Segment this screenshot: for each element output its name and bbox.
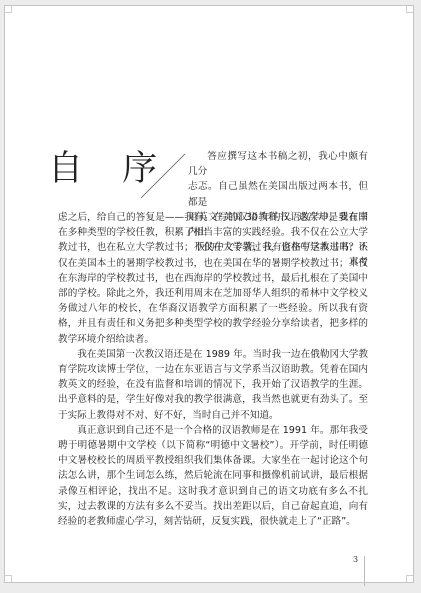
crop-mark [406,6,413,13]
intro-line: 忐忑。自己虽然在美国出版过两本书，但都是 [188,179,368,209]
crop-mark [5,575,12,582]
paragraph: 我在美国第一次教汉语还是在 1989 年。当时我一边在俄勒冈大学教育学院攻读博士… [58,347,368,423]
paragraph: 真正意识到自己还不是一个合格的汉语教师是在 1991 年。那年我受聘于明德暑期中… [58,423,368,529]
paragraph: 虑之后，给自己的答复是——我有。在美国 30 年的汉语教学中，我有幸在多种类型的… [58,210,368,347]
page-rule [364,556,365,586]
body-text: 虑之后，给自己的答复是——我有。在美国 30 年的汉语教学中，我有幸在多种类型的… [58,210,368,529]
page-number: 3 [353,555,358,564]
crop-mark [406,575,413,582]
decorative-slash-icon [138,152,188,200]
crop-mark [5,6,12,13]
intro-line: 答应撰写这本书稿之初，我心中颇有几分 [188,149,368,179]
